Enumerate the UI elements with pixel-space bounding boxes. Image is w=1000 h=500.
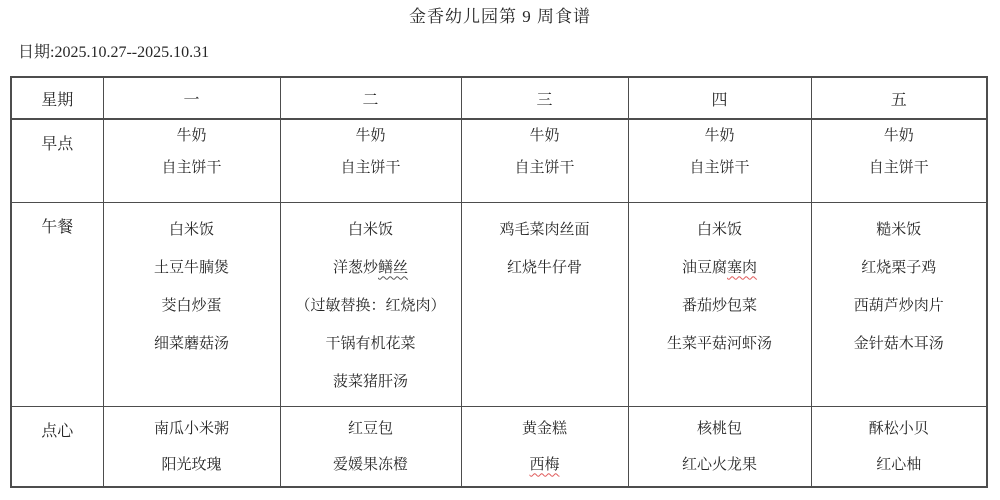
- row-label-dessert: 点心: [11, 406, 103, 487]
- menu-item: （过敏替换：红烧肉）: [281, 287, 461, 325]
- spellcheck-marked-text: 西梅: [529, 457, 559, 473]
- menu-item: 牛奶: [629, 120, 811, 152]
- menu-cell-breakfast-day-1: 牛奶自主饼干: [103, 119, 280, 202]
- menu-item: 洋葱炒鳝丝: [281, 249, 461, 287]
- menu-item: 南瓜小米粥: [104, 411, 280, 447]
- menu-item: 白米饭: [104, 211, 280, 249]
- menu-cell-dessert-day-2: 红豆包爱媛果冻橙: [280, 406, 461, 487]
- column-header-day-2: 二: [280, 77, 461, 119]
- column-header-day-4: 四: [628, 77, 811, 119]
- menu-item: 茭白炒蛋: [104, 287, 280, 325]
- menu-item: 生菜平菇河虾汤: [629, 325, 811, 363]
- menu-cell-dessert-day-1: 南瓜小米粥阳光玫瑰: [103, 406, 280, 487]
- menu-item: 自主饼干: [104, 152, 280, 184]
- page-title: 金香幼儿园第 9 周食谱: [0, 5, 1000, 29]
- menu-row-dessert: 点心南瓜小米粥阳光玫瑰红豆包爱媛果冻橙黄金糕西梅核桃包红心火龙果酥松小贝红心柚: [11, 406, 987, 487]
- menu-item: 黄金糕: [462, 411, 628, 447]
- menu-item: 细菜蘑菇汤: [104, 325, 280, 363]
- column-header-day-1: 一: [103, 77, 280, 119]
- menu-cell-lunch-day-5: 糙米饭红烧栗子鸡西葫芦炒肉片金针菇木耳汤: [811, 202, 987, 406]
- weekly-menu-table: 星期一二三四五 早点牛奶自主饼干牛奶自主饼干牛奶自主饼干牛奶自主饼干牛奶自主饼干…: [10, 76, 988, 488]
- menu-item: 鸡毛菜肉丝面: [462, 211, 628, 249]
- menu-cell-breakfast-day-5: 牛奶自主饼干: [811, 119, 987, 202]
- menu-item: 自主饼干: [812, 152, 987, 184]
- menu-table-body: 早点牛奶自主饼干牛奶自主饼干牛奶自主饼干牛奶自主饼干牛奶自主饼干午餐白米饭土豆牛…: [11, 119, 987, 487]
- menu-cell-lunch-day-3: 鸡毛菜肉丝面红烧牛仔骨: [461, 202, 628, 406]
- menu-item: 番茄炒包菜: [629, 287, 811, 325]
- menu-item: 核桃包: [629, 411, 811, 447]
- menu-item: 自主饼干: [629, 152, 811, 184]
- menu-item: 白米饭: [281, 211, 461, 249]
- menu-item: 西葫芦炒肉片: [812, 287, 987, 325]
- menu-item: 土豆牛腩煲: [104, 249, 280, 287]
- menu-item: 红豆包: [281, 411, 461, 447]
- menu-cell-dessert-day-4: 核桃包红心火龙果: [628, 406, 811, 487]
- menu-item: 红心火龙果: [629, 447, 811, 483]
- menu-item: 干锅有机花菜: [281, 325, 461, 363]
- menu-cell-dessert-day-5: 酥松小贝红心柚: [811, 406, 987, 487]
- menu-row-lunch: 午餐白米饭土豆牛腩煲茭白炒蛋细菜蘑菇汤白米饭洋葱炒鳝丝（过敏替换：红烧肉）干锅有…: [11, 202, 987, 406]
- column-header-day-5: 五: [811, 77, 987, 119]
- menu-item: 阳光玫瑰: [104, 447, 280, 483]
- menu-item: 红烧栗子鸡: [812, 249, 987, 287]
- menu-cell-lunch-day-1: 白米饭土豆牛腩煲茭白炒蛋细菜蘑菇汤: [103, 202, 280, 406]
- header-row: 星期一二三四五: [11, 77, 987, 119]
- menu-item: 自主饼干: [462, 152, 628, 184]
- menu-cell-lunch-day-2: 白米饭洋葱炒鳝丝（过敏替换：红烧肉）干锅有机花菜菠菜猪肝汤: [280, 202, 461, 406]
- column-header-week: 星期: [11, 77, 103, 119]
- menu-item: 酥松小贝: [812, 411, 987, 447]
- menu-item: 自主饼干: [281, 152, 461, 184]
- date-range-label: 日期:2025.10.27--2025.10.31: [18, 42, 1000, 64]
- row-label-lunch: 午餐: [11, 202, 103, 406]
- menu-item: 白米饭: [629, 211, 811, 249]
- menu-item: 菠菜猪肝汤: [281, 363, 461, 401]
- menu-item: 糙米饭: [812, 211, 987, 249]
- menu-cell-lunch-day-4: 白米饭油豆腐塞肉番茄炒包菜生菜平菇河虾汤: [628, 202, 811, 406]
- menu-item: 红心柚: [812, 447, 987, 483]
- menu-item: 牛奶: [281, 120, 461, 152]
- menu-item: 牛奶: [812, 120, 987, 152]
- menu-item: 金针菇木耳汤: [812, 325, 987, 363]
- spellcheck-marked-text: 塞肉: [727, 260, 757, 276]
- menu-cell-breakfast-day-4: 牛奶自主饼干: [628, 119, 811, 202]
- menu-item: 爱媛果冻橙: [281, 447, 461, 483]
- menu-item: 油豆腐塞肉: [629, 249, 811, 287]
- menu-item: 红烧牛仔骨: [462, 249, 628, 287]
- menu-row-breakfast: 早点牛奶自主饼干牛奶自主饼干牛奶自主饼干牛奶自主饼干牛奶自主饼干: [11, 119, 987, 202]
- menu-cell-dessert-day-3: 黄金糕西梅: [461, 406, 628, 487]
- column-header-day-3: 三: [461, 77, 628, 119]
- menu-table-header: 星期一二三四五: [11, 77, 987, 119]
- spellcheck-marked-text: 鳝丝: [378, 260, 408, 276]
- menu-cell-breakfast-day-2: 牛奶自主饼干: [280, 119, 461, 202]
- menu-item: 西梅: [462, 447, 628, 483]
- menu-item: 牛奶: [462, 120, 628, 152]
- row-label-breakfast: 早点: [11, 119, 103, 202]
- menu-item: 牛奶: [104, 120, 280, 152]
- menu-cell-breakfast-day-3: 牛奶自主饼干: [461, 119, 628, 202]
